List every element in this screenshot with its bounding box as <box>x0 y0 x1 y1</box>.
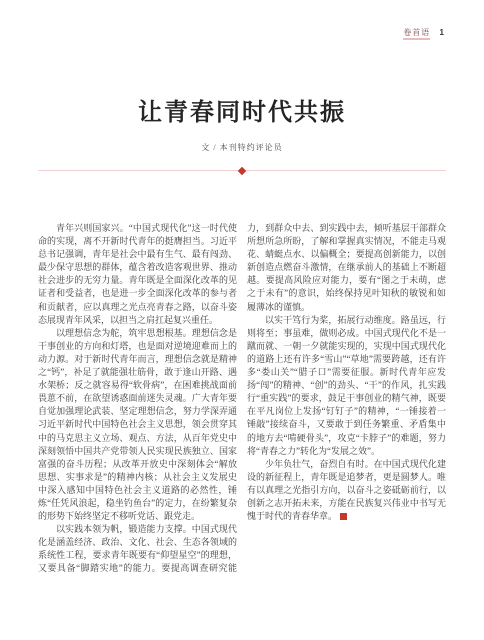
article-title: 让青春同时代共振 <box>0 0 484 127</box>
section-label: 卷首语 <box>403 28 430 40</box>
page-header: 卷首语 1 <box>403 28 444 38</box>
article-paragraph: 青年兴则国家兴。“中国式现代化”这一时代使命的实现，离不开新时代青年的挺膺担当。… <box>38 222 237 327</box>
page-number: 1 <box>440 28 444 37</box>
article-body: 青年兴则国家兴。“中国式现代化”这一时代使命的实现，离不开新时代青年的挺膺担当。… <box>38 222 446 586</box>
article-end-mark-icon <box>340 513 347 520</box>
article-paragraph: 以理想信念为舵，筑牢思想根基。理想信念是干事创业的方向和灯塔，也是面对逆境迎难而… <box>38 327 237 523</box>
article-paragraph: 以实干笃行为桨，拓展行动维度。路虽远，行则将至；事虽难，做则必成。中国式现代化不… <box>247 314 446 458</box>
article-byline: 文 / 本刊特约评论员 <box>0 142 484 153</box>
title-divider <box>38 170 446 171</box>
article-paragraph: 少年负壮气，奋烈自有时。在中国式现代化建设的新征程上，青年既是追梦者，更是圆梦人… <box>247 458 446 523</box>
diamond-icon <box>238 166 246 174</box>
magazine-page: 卷首语 1 让青春同时代共振 文 / 本刊特约评论员 青年兴则国家兴。“中国式现… <box>0 0 484 640</box>
